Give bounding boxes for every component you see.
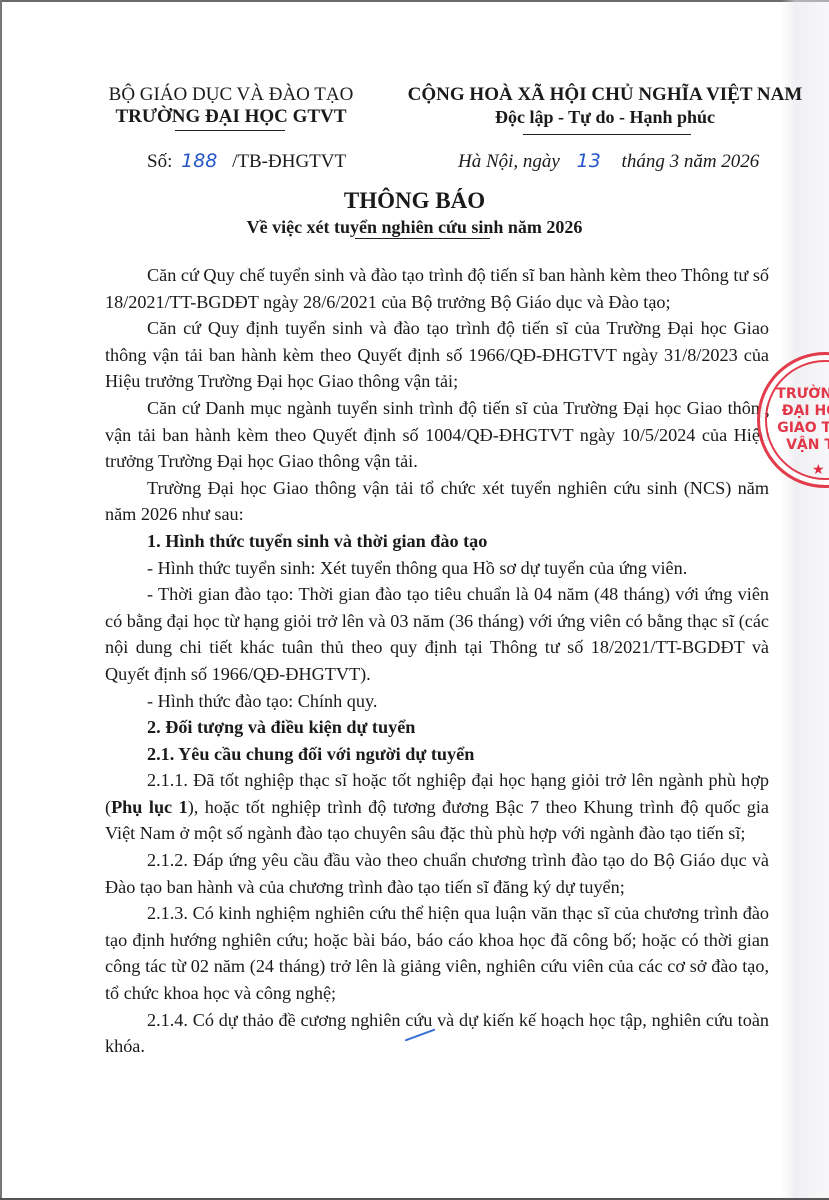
seal-line: VẬN T [770,437,829,454]
header-underline [175,130,285,131]
motto-underline [523,134,691,135]
seal-line: TRƯỜNG [770,386,829,403]
issuer-header: BỘ GIÁO DỤC VÀ ĐÀO TẠO TRƯỜNG ĐẠI HỌC GT… [100,84,362,128]
national-header: CỘNG HOÀ XÃ HỘI CHỦ NGHĨA VIỆT NAM Độc l… [400,84,810,128]
seal-line: GIAO TH [770,420,829,437]
subtitle-underline [355,238,490,239]
nation-name: CỘNG HOÀ XÃ HỘI CHỦ NGHĨA VIỆT NAM [400,84,810,106]
section-item: - Thời gian đào tạo: Thời gian đào tạo t… [105,581,769,687]
appendix-reference: Phụ lục 1 [111,797,188,817]
document-body: Căn cứ Quy chế tuyển sinh và đào tạo trì… [105,262,769,1060]
ministry-name: BỘ GIÁO DỤC VÀ ĐÀO TẠO [100,84,362,106]
scan-edge [0,0,2,1200]
seal-line: ĐẠI HỌ [770,403,829,420]
university-name: TRƯỜNG ĐẠI HỌC GTVT [100,106,362,128]
section-heading: 1. Hình thức tuyển sinh và thời gian đào… [105,528,769,555]
legal-basis-paragraph: Căn cứ Danh mục ngành tuyển sinh trình đ… [105,395,769,475]
date-prefix: Hà Nội, ngày [458,151,560,172]
scan-edge [0,0,829,2]
handwritten-number: 188 [181,150,217,172]
section-item: - Hình thức đào tạo: Chính quy. [105,688,769,715]
document-title: THÔNG BÁO [0,188,829,214]
section-item: - Hình thức tuyển sinh: Xét tuyển thông … [105,555,769,582]
official-seal-text: TRƯỜNG ĐẠI HỌ GIAO TH VẬN T [770,386,829,454]
requirement-item: 2.1.2. Đáp ứng yêu cầu đầu vào theo chuẩ… [105,847,769,900]
document-date: Hà Nội, ngày 13 tháng 3 năm 2026 [458,150,759,173]
legal-basis-paragraph: Căn cứ Quy chế tuyển sinh và đào tạo trì… [105,262,769,315]
national-motto: Độc lập - Tự do - Hạnh phúc [400,106,810,128]
date-suffix: tháng 3 năm 2026 [622,151,760,172]
legal-basis-paragraph: Căn cứ Quy định tuyển sinh và đào tạo tr… [105,315,769,395]
star-icon: ★ [812,462,825,479]
requirement-text: ), hoặc tốt nghiệp trình độ tương đương … [105,797,769,844]
document-number-label: Số: [147,151,172,172]
section-heading: 2. Đối tượng và điều kiện dự tuyển [105,714,769,741]
subsection-heading: 2.1. Yêu cầu chung đối với người dự tuyể… [105,741,769,768]
document-number: Số: 188 /TB-ĐHGTVT [147,150,346,173]
requirement-item: 2.1.3. Có kinh nghiệm nghiên cứu thể hiệ… [105,900,769,1006]
document-subtitle: Về việc xét tuyển nghiên cứu sinh năm 20… [0,217,829,238]
requirement-item: 2.1.4. Có dự thảo đề cương nghiên cứu và… [105,1007,769,1060]
requirement-item: 2.1.1. Đã tốt nghiệp thạc sĩ hoặc tốt ng… [105,767,769,847]
intro-paragraph: Trường Đại học Giao thông vận tải tổ chứ… [105,475,769,528]
handwritten-day: 13 [577,150,601,172]
document-number-suffix: /TB-ĐHGTVT [232,151,346,172]
scan-shadow [781,0,829,1200]
